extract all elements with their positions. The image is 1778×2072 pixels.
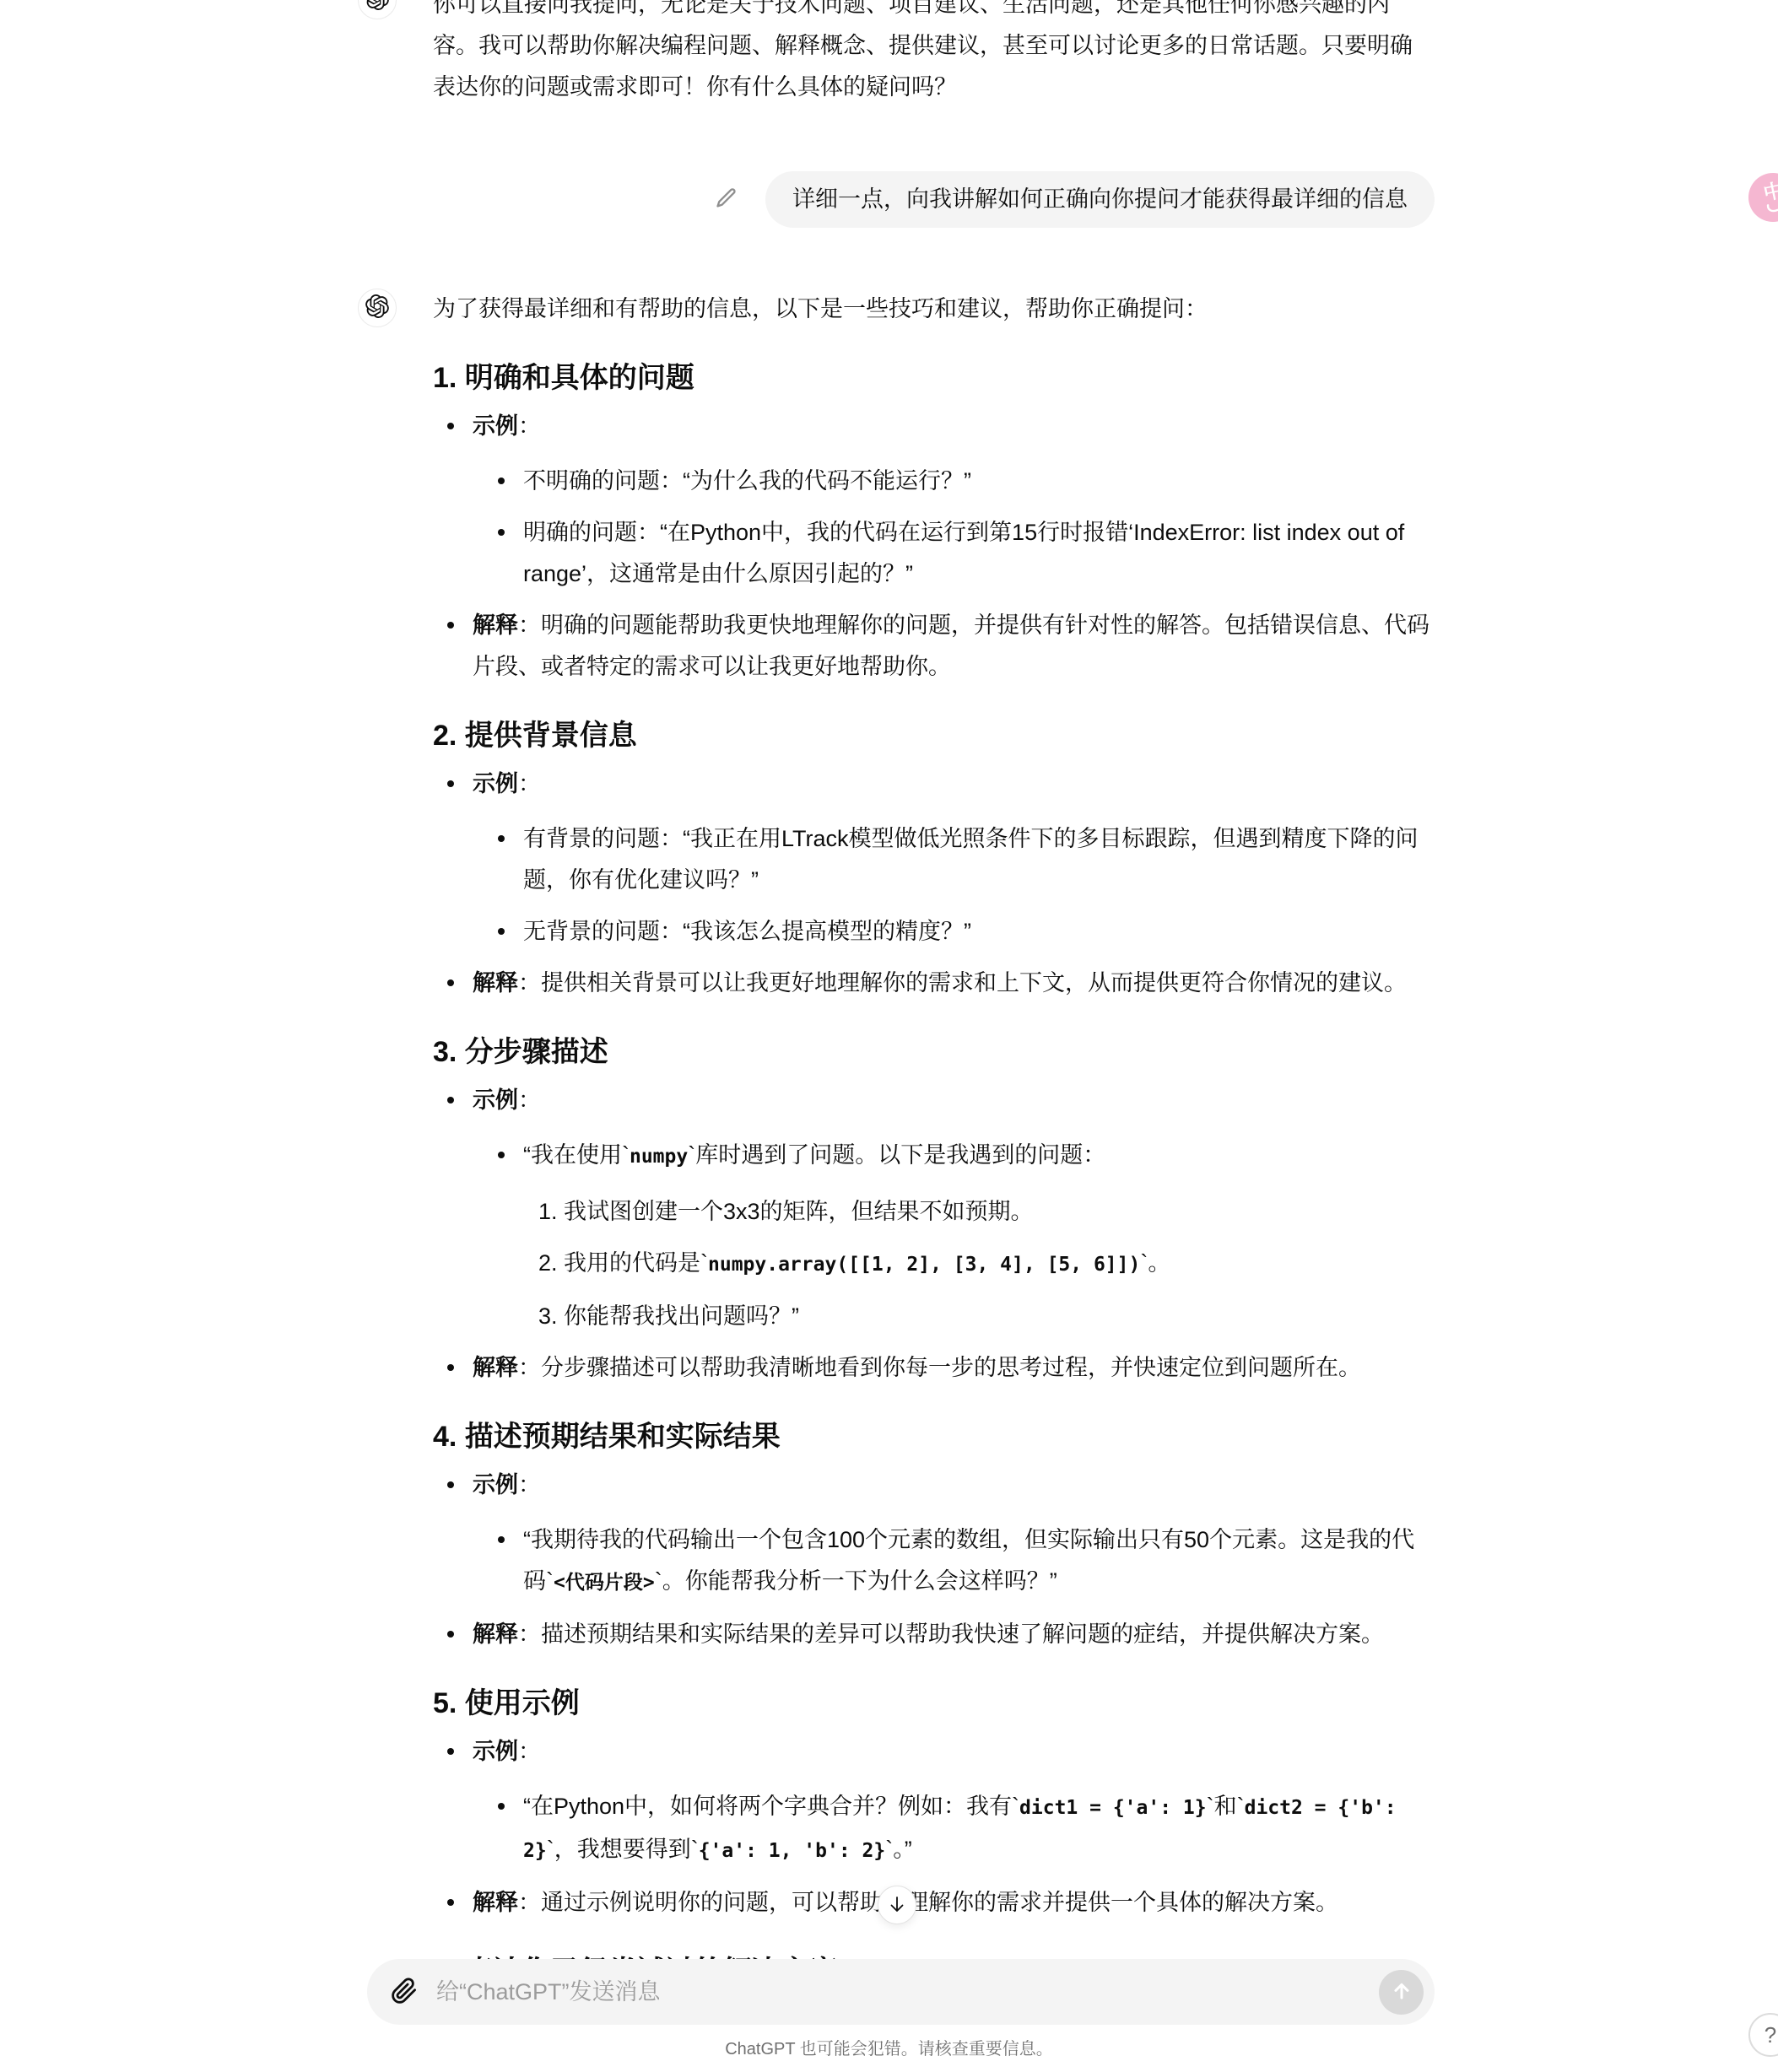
ordered-step-item: 我用的代码是`numpy.array([[1, 2], [3, 4], [5, … xyxy=(564,1243,1435,1286)
section-heading: 5. 使用示例 xyxy=(433,1686,1435,1721)
user-message-text: 详细一点，向我讲解如何正确向你提问才能获得最详细的信息 xyxy=(792,186,1408,212)
tips-sections: 1. 明确和具体的问题示例：不明确的问题：“为什么我的代码不能运行？”明确的问题… xyxy=(433,360,1435,1989)
bullet-item: 示例：“我期待我的代码输出一个包含100个元素的数组，但实际输出只有50个元素。… xyxy=(433,1465,1435,1604)
bullet-item: 示例：“在Python中，如何将两个字典合并？例如：我有`dict1 = {'a… xyxy=(433,1731,1435,1872)
sub-bullet-list: 有背景的问题：“我正在用LTrack模型做低光照条件下的多目标跟踪，但遇到精度下… xyxy=(473,818,1435,952)
bullet-item: 解释：分步骤描述可以帮助我清晰地看到你每一步的思考过程，并快速定位到问题所在。 xyxy=(433,1347,1435,1389)
sub-bullet-item: 有背景的问题：“我正在用LTrack模型做低光照条件下的多目标跟踪，但遇到精度下… xyxy=(473,818,1435,901)
bullet-item: 示例：“我在使用`numpy`库时遇到了问题。以下是我遇到的问题：我试图创建一个… xyxy=(433,1080,1435,1337)
bullet-label: 示例 xyxy=(473,771,518,796)
assistant-message-2: 为了获得最详细和有帮助的信息，以下是一些技巧和建议，帮助你正确提问： 1. 明确… xyxy=(358,289,1435,1989)
bullet-item: 示例：不明确的问题：“为什么我的代码不能运行？”明确的问题：“在Python中，… xyxy=(433,406,1435,595)
bullet-label: 解释 xyxy=(473,970,518,996)
paperclip-icon xyxy=(391,1978,418,2007)
bullet-label: 解释 xyxy=(473,612,518,638)
bullet-item: 解释：通过示例说明你的问题，可以帮助我理解你的需求并提供一个具体的解决方案。 xyxy=(433,1882,1435,1924)
bullet-label: 解释 xyxy=(473,1621,518,1647)
assistant-avatar xyxy=(358,289,397,327)
sub-bullet-item: 无背景的问题：“我该怎么提高模型的精度？” xyxy=(473,911,1435,952)
assistant-message-2-intro: 为了获得最详细和有帮助的信息，以下是一些技巧和建议，帮助你正确提问： xyxy=(433,289,1435,330)
section-bullet-list: 示例：“在Python中，如何将两个字典合并？例如：我有`dict1 = {'a… xyxy=(433,1731,1435,1924)
section-bullet-list: 示例：“我期待我的代码输出一个包含100个元素的数组，但实际输出只有50个元素。… xyxy=(433,1465,1435,1655)
section-heading: 2. 提供背景信息 xyxy=(433,718,1435,753)
bullet-label: 示例 xyxy=(473,1472,518,1497)
sub-bullet-item: 明确的问题：“在Python中，我的代码在运行到第15行时报错‘IndexErr… xyxy=(473,512,1435,595)
ordered-step-item: 你能帮我找出问题吗？” xyxy=(564,1296,1435,1337)
bullet-label: 示例 xyxy=(473,1739,518,1764)
ordered-steps-list: 我试图创建一个3x3的矩阵，但结果不如预期。我用的代码是`numpy.array… xyxy=(523,1191,1435,1337)
sub-bullet-item: “在Python中，如何将两个字典合并？例如：我有`dict1 = {'a': … xyxy=(473,1786,1435,1872)
disclaimer-text: ChatGPT 也可能会犯错。请核查重要信息。 xyxy=(0,2035,1778,2059)
bullet-label: 示例 xyxy=(473,413,518,439)
translate-extension-badge[interactable]: 中 xyxy=(1748,173,1778,222)
composer xyxy=(367,1959,1435,2025)
bullet-label: 示例 xyxy=(473,1087,518,1113)
section-bullet-list: 示例：有背景的问题：“我正在用LTrack模型做低光照条件下的多目标跟踪，但遇到… xyxy=(433,764,1435,1004)
inline-code: {'a': 1, 'b': 2} xyxy=(699,1840,886,1862)
message-input[interactable] xyxy=(435,1978,1379,2006)
sub-bullet-item: 不明确的问题：“为什么我的代码不能运行？” xyxy=(473,461,1435,502)
sub-bullet-list: “我期待我的代码输出一个包含100个元素的数组，但实际输出只有50个元素。这是我… xyxy=(473,1519,1435,1604)
bullet-label: 解释 xyxy=(473,1890,518,1915)
pencil-icon xyxy=(715,186,738,213)
scroll-to-bottom-button[interactable] xyxy=(878,1886,916,1924)
assistant-message-1-text: 你可以直接问我提问，无论是关于技术问题、项目建议、生活问题，还是其他任何你感兴趣… xyxy=(433,0,1435,108)
assistant-message-2-content: 为了获得最详细和有帮助的信息，以下是一些技巧和建议，帮助你正确提问： 1. 明确… xyxy=(433,289,1435,1989)
attach-file-button[interactable] xyxy=(384,1972,424,2012)
inline-code: numpy xyxy=(630,1146,688,1168)
sub-bullet-list: “在Python中，如何将两个字典合并？例如：我有`dict1 = {'a': … xyxy=(473,1786,1435,1872)
sub-bullet-list: 不明确的问题：“为什么我的代码不能运行？”明确的问题：“在Python中，我的代… xyxy=(473,461,1435,595)
assistant-avatar xyxy=(358,0,397,19)
sub-bullet-list: “我在使用`numpy`库时遇到了问题。以下是我遇到的问题：我试图创建一个3x3… xyxy=(473,1135,1435,1337)
arrow-up-icon xyxy=(1390,1979,1413,2005)
bullet-item: 解释：明确的问题能帮助我更快地理解你的问题，并提供有针对性的解答。包括错误信息、… xyxy=(433,605,1435,688)
user-message-bubble: 详细一点，向我讲解如何正确向你提问才能获得最详细的信息 xyxy=(765,171,1435,228)
send-button[interactable] xyxy=(1379,1970,1424,2015)
sub-bullet-item: “我期待我的代码输出一个包含100个元素的数组，但实际输出只有50个元素。这是我… xyxy=(473,1519,1435,1604)
assistant-message-1: 你可以直接问我提问，无论是关于技术问题、项目建议、生活问题，还是其他任何你感兴趣… xyxy=(358,0,1435,108)
bullet-item: 解释：描述预期结果和实际结果的差异可以帮助我快速了解问题的症结，并提供解决方案。 xyxy=(433,1614,1435,1655)
section-heading: 1. 明确和具体的问题 xyxy=(433,360,1435,396)
bullet-item: 解释：提供相关背景可以让我更好地理解你的需求和上下文，从而提供更符合你情况的建议… xyxy=(433,963,1435,1004)
arrow-down-icon xyxy=(887,1894,907,1917)
openai-logo-icon xyxy=(365,294,389,322)
user-message-row: 详细一点，向我讲解如何正确向你提问才能获得最详细的信息 xyxy=(358,171,1435,228)
translate-badge-curve xyxy=(1765,202,1778,214)
edit-message-button[interactable] xyxy=(713,186,740,213)
ordered-step-item: 我试图创建一个3x3的矩阵，但结果不如预期。 xyxy=(564,1191,1435,1233)
inline-code: dict1 = {'a': 1} xyxy=(1019,1797,1207,1819)
section-heading: 3. 分步骤描述 xyxy=(433,1034,1435,1070)
conversation-thread: 你可以直接问我提问，无论是关于技术问题、项目建议、生活问题，还是其他任何你感兴趣… xyxy=(358,0,1435,1989)
chatgpt-page: 你可以直接问我提问，无论是关于技术问题、项目建议、生活问题，还是其他任何你感兴趣… xyxy=(0,0,1778,2072)
bullet-label: 解释 xyxy=(473,1355,518,1380)
section-bullet-list: 示例：“我在使用`numpy`库时遇到了问题。以下是我遇到的问题：我试图创建一个… xyxy=(433,1080,1435,1389)
openai-logo-icon xyxy=(365,0,389,14)
question-mark-icon: ? xyxy=(1764,2022,1776,2048)
section-bullet-list: 示例：不明确的问题：“为什么我的代码不能运行？”明确的问题：“在Python中，… xyxy=(433,406,1435,688)
inline-code: numpy.array([[1, 2], [3, 4], [5, 6]]) xyxy=(708,1254,1140,1276)
bullet-item: 示例：有背景的问题：“我正在用LTrack模型做低光照条件下的多目标跟踪，但遇到… xyxy=(433,764,1435,952)
translate-badge-label: 中 xyxy=(1761,180,1778,202)
sub-bullet-item: “我在使用`numpy`库时遇到了问题。以下是我遇到的问题：我试图创建一个3x3… xyxy=(473,1135,1435,1337)
inline-code: <代码片段> xyxy=(554,1572,655,1594)
inline-code: dict2 = {'b': 2} xyxy=(523,1797,1397,1862)
section-heading: 4. 描述预期结果和实际结果 xyxy=(433,1419,1435,1454)
